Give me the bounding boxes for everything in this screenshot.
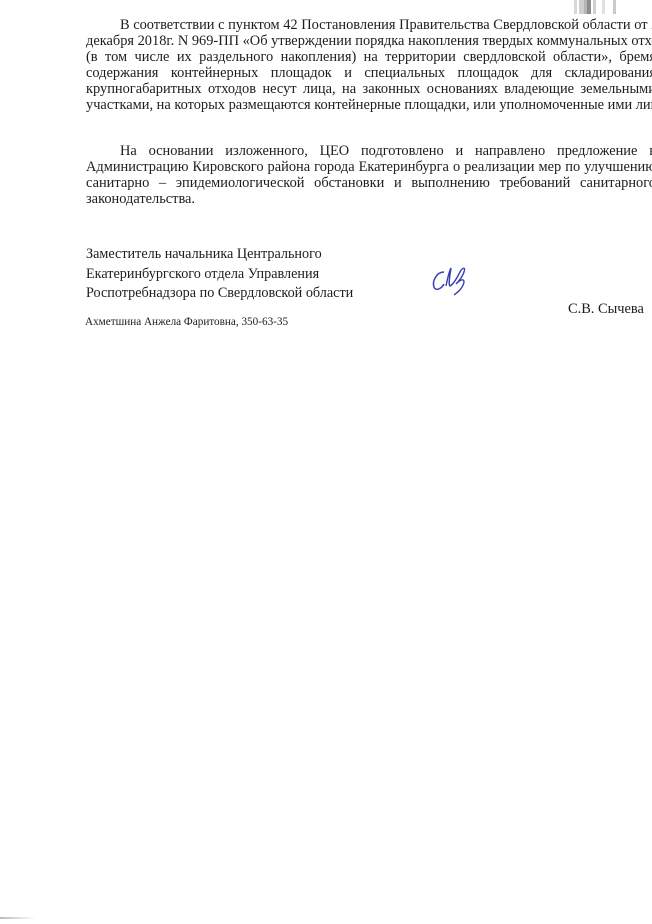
signatory-title-line: Екатеринбургского отдела Управления (86, 265, 353, 285)
signatory-title: Заместитель начальника Центрального Екат… (86, 245, 353, 304)
text-line: содержания контейнерных площадок и специ… (86, 66, 652, 82)
executor-contact: Ахметшина Анжела Фаритовна, 350-63-35 (85, 316, 288, 328)
text-line: (в том числе их раздельного накопления) … (86, 50, 652, 66)
text-line: санитарно – эпидемиологической обстановк… (86, 176, 652, 192)
text-line: декабря 2018г. N 969-ПП «Об утверждении … (86, 34, 652, 50)
signatory-name: С.В. Сычева (568, 301, 644, 318)
barcode-strip (568, 0, 648, 14)
paragraph-regulation: В соответствии с пунктом 42 Постановлени… (86, 18, 652, 113)
scan-artifact (0, 917, 36, 919)
signatory-title-line: Роспотребнадзора по Свердловской области (86, 284, 353, 304)
paragraph-proposal: На основании изложенного, ЦЕО подготовле… (86, 144, 652, 208)
text-line: законодательства. (86, 192, 652, 208)
text-line: участками, на которых размещаются контей… (86, 98, 652, 114)
handwritten-signature (430, 262, 472, 296)
text-line: Администрацию Кировского района города Е… (86, 160, 652, 176)
text-line: На основании изложенного, ЦЕО подготовле… (86, 144, 652, 160)
signatory-title-line: Заместитель начальника Центрального (86, 245, 353, 265)
text-line: В соответствии с пунктом 42 Постановлени… (86, 18, 652, 34)
text-line: крупногабаритных отходов несут лица, на … (86, 82, 652, 98)
